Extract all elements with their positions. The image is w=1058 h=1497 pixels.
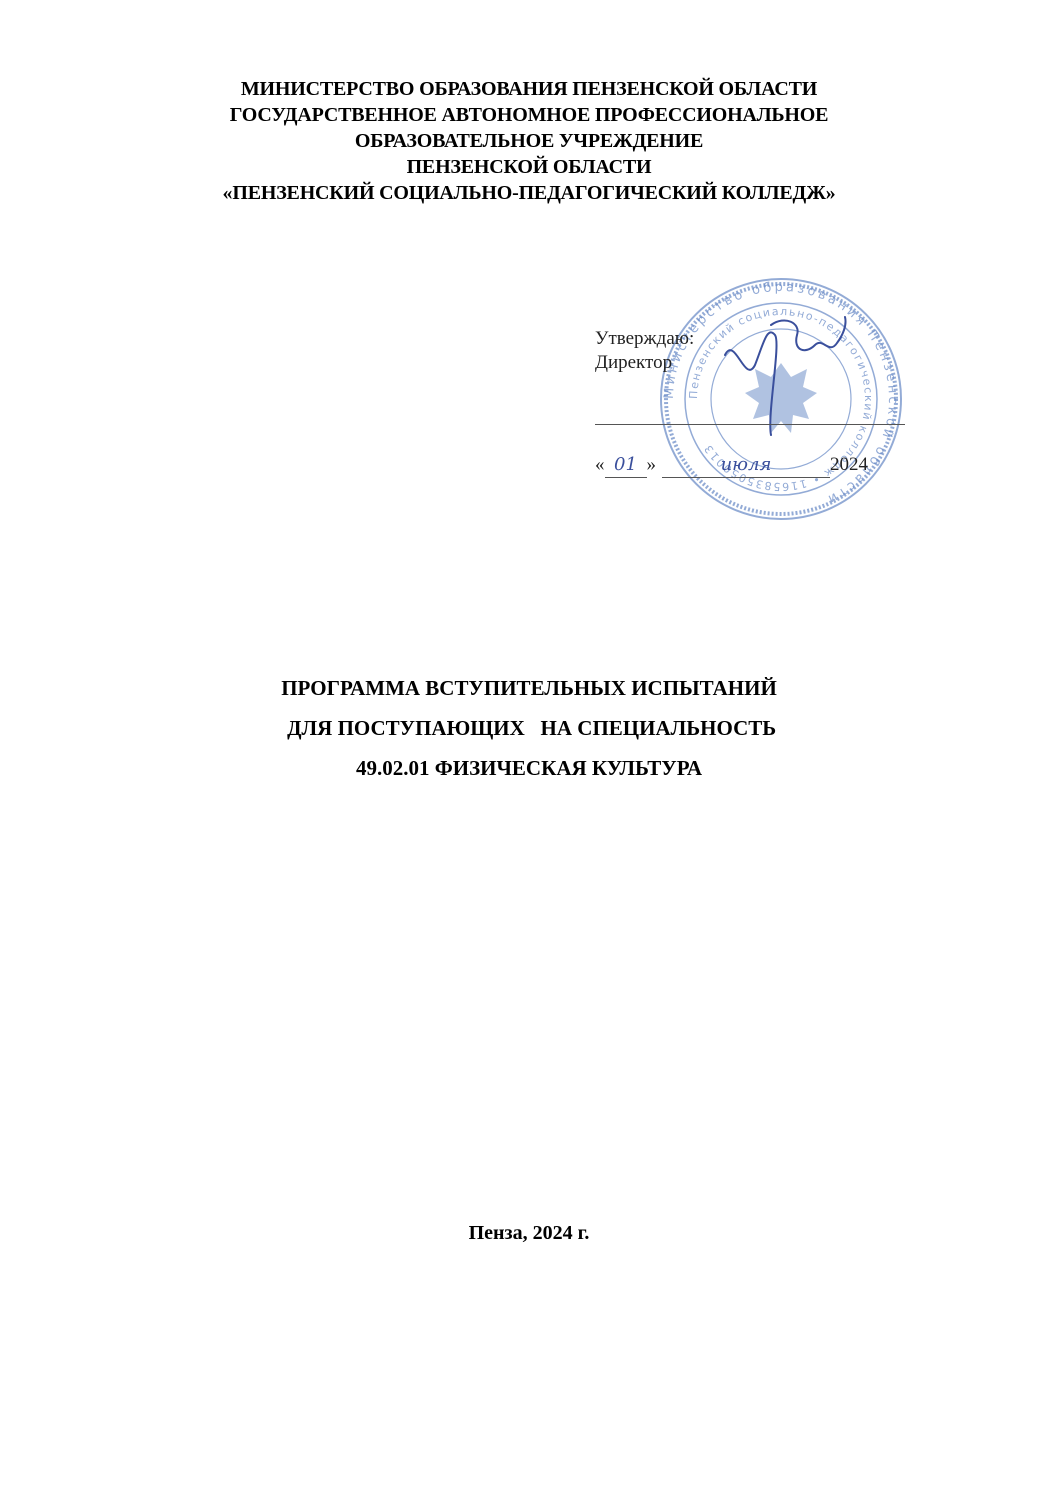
director-signature-icon	[705, 295, 855, 445]
date-month: июля	[662, 453, 830, 478]
header-line-institution-type: ГОСУДАРСТВЕННОЕ АВТОНОМНОЕ ПРОФЕССИОНАЛЬ…	[0, 102, 1058, 128]
title-line-program: ПРОГРАММА ВСТУПИТЕЛЬНЫХ ИСПЫТАНИЙ	[0, 668, 1058, 708]
approval-block: Министерство образования Пензенской обла…	[575, 275, 905, 525]
organization-header: МИНИСТЕРСТВО ОБРАЗОВАНИЯ ПЕНЗЕНСКОЙ ОБЛА…	[0, 76, 1058, 206]
header-line-ministry: МИНИСТЕРСТВО ОБРАЗОВАНИЯ ПЕНЗЕНСКОЙ ОБЛА…	[0, 76, 1058, 102]
date-day: 01	[605, 453, 647, 478]
title-line-specialty: 49.02.01 ФИЗИЧЕСКАЯ КУЛЬТУРА	[0, 748, 1058, 788]
signature-line	[595, 424, 905, 425]
director-role: Директор	[595, 351, 672, 375]
approve-label: Утверждаю:	[595, 327, 694, 351]
header-line-region: ПЕНЗЕНСКОЙ ОБЛАСТИ	[0, 154, 1058, 180]
document-title: ПРОГРАММА ВСТУПИТЕЛЬНЫХ ИСПЫТАНИЙ ДЛЯ ПО…	[0, 668, 1058, 788]
date-open-quote: «	[595, 454, 605, 475]
header-line-institution-kind: ОБРАЗОВАТЕЛЬНОЕ УЧРЕЖДЕНИЕ	[0, 128, 1058, 154]
place-and-year: Пенза, 2024 г.	[0, 1222, 1058, 1245]
title-line-applicants: ДЛЯ ПОСТУПАЮЩИХ НА СПЕЦИАЛЬНОСТЬ	[0, 708, 1058, 748]
date-year: 2024	[830, 454, 868, 475]
date-close-quote: »	[647, 454, 657, 475]
header-line-college-name: «ПЕНЗЕНСКИЙ СОЦИАЛЬНО-ПЕДАГОГИЧЕСКИЙ КОЛ…	[0, 180, 1058, 206]
approval-date: «01»июля2024	[595, 453, 868, 478]
